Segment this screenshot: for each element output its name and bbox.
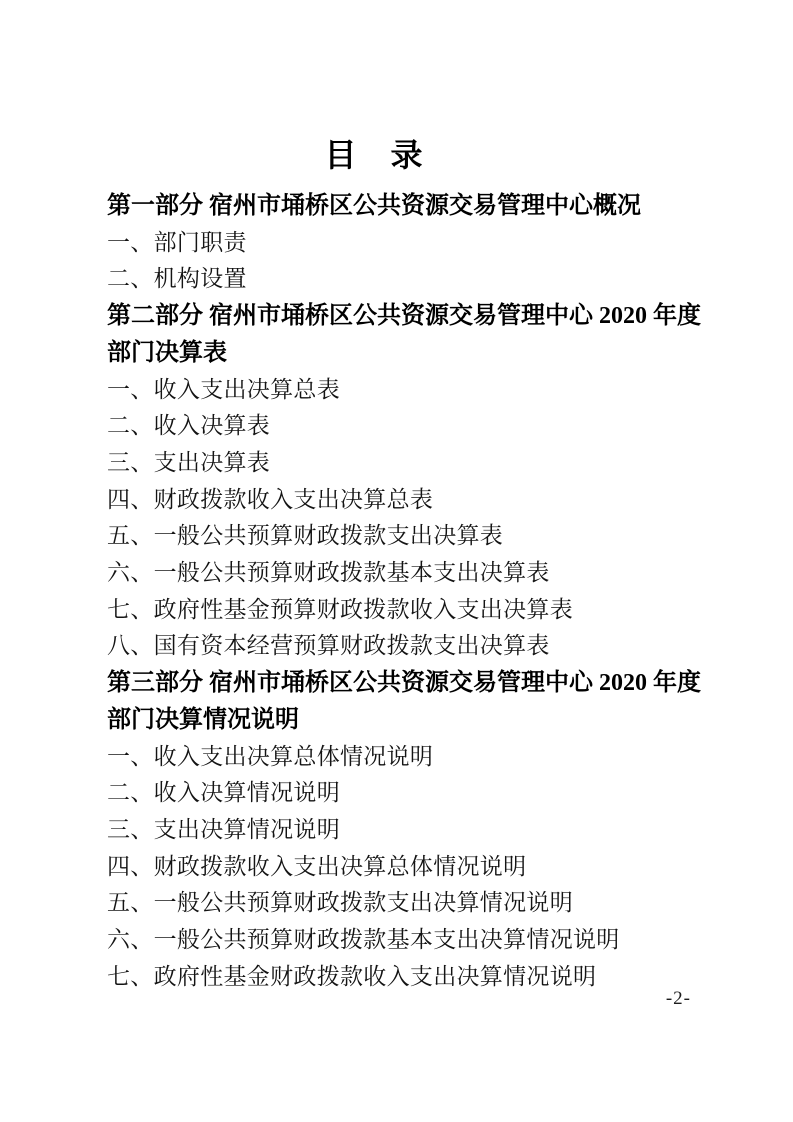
- toc-item: 七、政府性基金财政拨款收入支出决算情况说明: [107, 959, 697, 996]
- section-2-heading-line-2: 部门决算表: [107, 335, 697, 372]
- toc-page: 目 录 第一部分 宿州市埇桥区公共资源交易管理中心概况 一、部门职责 二、机构设…: [0, 0, 793, 1122]
- toc-item: 二、机构设置: [107, 261, 697, 298]
- toc-item: 八、国有资本经营预算财政拨款支出决算表: [107, 628, 697, 665]
- toc-content: 目 录 第一部分 宿州市埇桥区公共资源交易管理中心概况 一、部门职责 二、机构设…: [107, 132, 697, 995]
- toc-item: 五、一般公共预算财政拨款支出决算表: [107, 518, 697, 555]
- page-title: 目 录: [79, 132, 669, 178]
- toc-item: 二、收入决算情况说明: [107, 775, 697, 812]
- section-3-heading-line-2: 部门决算情况说明: [107, 702, 697, 739]
- toc-item: 七、政府性基金预算财政拨款收入支出决算表: [107, 592, 697, 629]
- section-1-heading: 第一部分 宿州市埇桥区公共资源交易管理中心概况: [107, 188, 697, 225]
- toc-item: 四、财政拨款收入支出决算总表: [107, 482, 697, 519]
- toc-item: 五、一般公共预算财政拨款支出决算情况说明: [107, 885, 697, 922]
- toc-item: 一、收入支出决算总表: [107, 372, 697, 409]
- page-number: -2-: [666, 988, 691, 1010]
- toc-item: 六、一般公共预算财政拨款基本支出决算表: [107, 555, 697, 592]
- toc-item: 六、一般公共预算财政拨款基本支出决算情况说明: [107, 922, 697, 959]
- toc-item: 三、支出决算情况说明: [107, 812, 697, 849]
- section-2-heading-line-1: 第二部分 宿州市埇桥区公共资源交易管理中心 2020 年度: [107, 298, 697, 335]
- toc-item: 三、支出决算表: [107, 445, 697, 482]
- section-3-heading-line-1: 第三部分 宿州市埇桥区公共资源交易管理中心 2020 年度: [107, 665, 697, 702]
- toc-item: 一、部门职责: [107, 225, 697, 262]
- toc-item: 四、财政拨款收入支出决算总体情况说明: [107, 849, 697, 886]
- toc-item: 一、收入支出决算总体情况说明: [107, 739, 697, 776]
- toc-item: 二、收入决算表: [107, 408, 697, 445]
